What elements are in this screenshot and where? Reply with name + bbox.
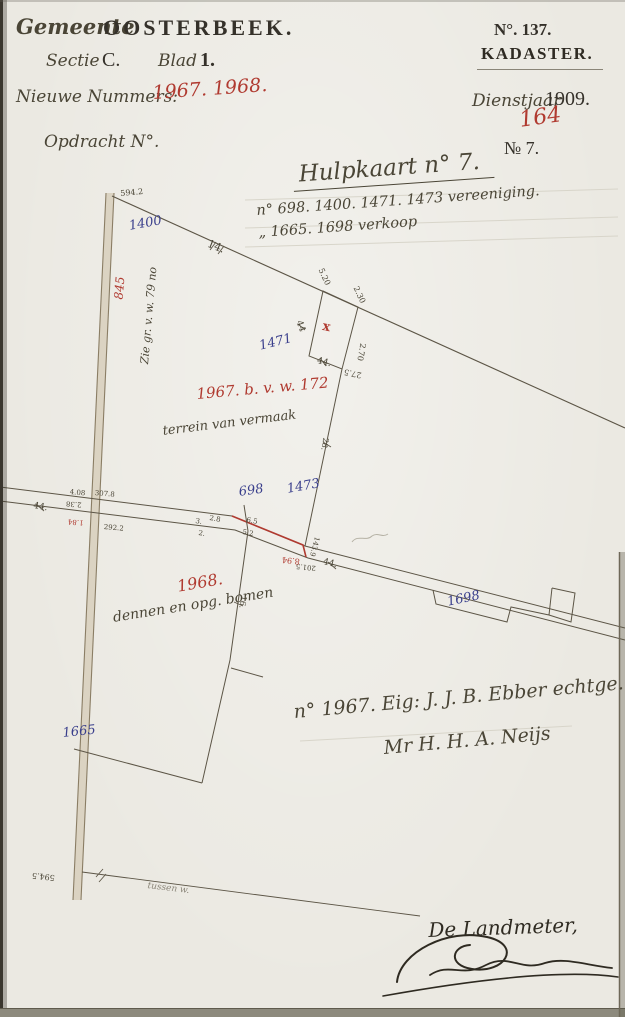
red-boundary-line xyxy=(232,516,306,557)
parcel-label-1665: 1665 xyxy=(62,724,96,740)
measure-4-08: 4.08 xyxy=(69,489,85,497)
cadastral-sheet: Gemeente OOSTERBEEK. Sectie C. Blad 1. N… xyxy=(0,0,625,1017)
road-number-red: 845 xyxy=(112,276,126,300)
road-west-edge xyxy=(73,193,106,900)
southwest-boundary-line xyxy=(74,749,202,783)
measure-28: 28. xyxy=(319,437,329,451)
surveyor-label: De Landmeter, xyxy=(428,915,578,940)
sheet-number: N°. 137. xyxy=(494,21,551,38)
left-page-edge-shade xyxy=(3,0,7,1017)
blad-label: Blad xyxy=(158,53,197,70)
point-594-5: 594.5 xyxy=(32,871,56,881)
measure-2-38: 2.38 xyxy=(66,499,82,507)
top-page-edge xyxy=(0,0,625,2)
ditch-line xyxy=(82,872,420,916)
ditch-tick xyxy=(96,869,106,882)
road-fill xyxy=(73,193,114,900)
bottom-page-edge xyxy=(0,1009,625,1017)
east-boundary-line xyxy=(305,369,342,546)
blad-value: 1. xyxy=(200,50,215,70)
map-sheet-no: № 7. xyxy=(504,139,539,157)
central-boundary-line xyxy=(202,531,248,783)
gemeente-value: OOSTERBEEK. xyxy=(103,17,294,39)
quad-parcel-outline xyxy=(309,291,358,369)
measure-16: 16. xyxy=(237,595,247,609)
measure-1-84-red: 1.84 xyxy=(68,517,84,525)
parcel-1698-notch xyxy=(549,588,575,622)
right-page-edge-shade xyxy=(620,552,625,1017)
measure-8-94-red: 8.94 xyxy=(282,555,301,565)
kadaster-title: KADASTER. xyxy=(477,45,603,70)
opdracht-label: Opdracht N°. xyxy=(44,134,159,151)
signature-loop xyxy=(397,935,507,982)
pencil-scribble xyxy=(352,534,388,542)
left-page-edge xyxy=(0,0,3,1017)
measure-3: 3. xyxy=(195,518,203,526)
parcel-label-698: 698 xyxy=(238,483,264,499)
boundary-spur xyxy=(231,668,263,677)
sectie-label: Sectie xyxy=(46,53,100,70)
signature-underline xyxy=(383,974,618,996)
road-east-edge xyxy=(81,193,114,900)
sectie-value: C. xyxy=(102,50,120,70)
measure-2: 2. xyxy=(198,530,206,538)
measure-2-70: 2.70 xyxy=(355,343,366,362)
red-registry-number: 164 xyxy=(518,104,563,132)
